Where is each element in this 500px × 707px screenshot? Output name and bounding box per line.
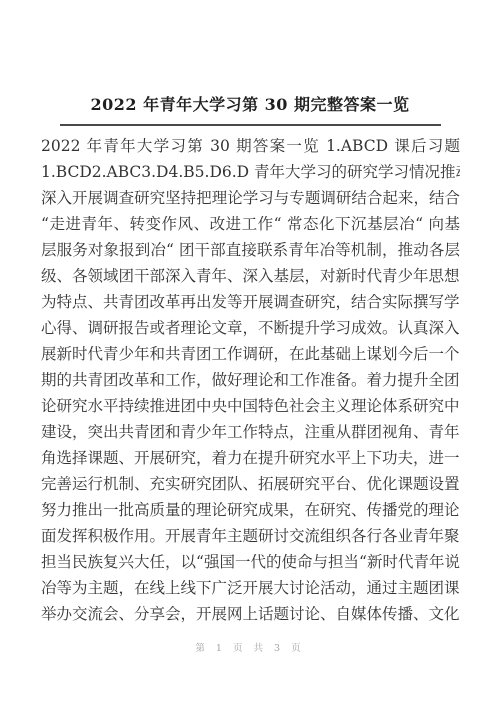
body-line: 为特点、共青团改革再出发等开展调查研究，结合实际撰写学习 <box>41 289 460 315</box>
body-line: 期的共青团改革和工作，做好理论和工作准备。着力提升全团理 <box>41 367 460 393</box>
body-line: “走进青年、转变作风、改进工作“ 常态化下沉基层冶“ 向基 <box>41 211 460 237</box>
document-title: 2022 年青年大学习第 30 期完整答案一览 <box>0 0 500 115</box>
body-line: 努力推出一批高质量的理论研究成果，在研究、传播党的理论方 <box>41 497 460 523</box>
document-page: 2022 年青年大学习第 30 期完整答案一览 2022 年青年大学习第 30 … <box>0 0 500 707</box>
body-line: 心得、调研报告或者理论文章，不断提升学习成效。认真深入开 <box>41 315 460 341</box>
document-body: 2022 年青年大学习第 30 期答案一览 1.ABCD 课后习题1.BCD2.… <box>41 133 460 627</box>
body-line: 层服务对象报到冶“ 团干部直接联系青年冶等机制，推动各层 <box>41 237 460 263</box>
title-underline-divider <box>60 124 441 126</box>
body-line: 论研究水平持续推进团中央中国特色社会主义理论体系研究中心 <box>41 393 460 419</box>
body-line: 举办交流会、分享会，开展网上话题讨论、自媒体传播、文化产 <box>41 601 460 627</box>
page-number-footer: 第 1 页 共 3 页 <box>0 640 500 654</box>
body-line: 面发挥积极作用。开展青年主题研讨交流组织各行各业青年聚焦 <box>41 523 460 549</box>
body-line: 深入开展调查研究坚持把理论学习与专题调研结合起来，结合 <box>41 185 460 211</box>
body-line: 冶等为主题，在线上线下广泛开展大讨论活动，通过主题团课和 <box>41 575 460 601</box>
body-line: 1.BCD2.ABC3.D4.B5.D6.D 青年大学习的研究学习情况推动全团 <box>41 159 460 185</box>
body-line: 建设，突出共青团和青少年工作特点，注重从群团视角、青年视 <box>41 419 460 445</box>
body-line: 级、各领域团干部深入青年、深入基层，对新时代青少年思想行 <box>41 263 460 289</box>
body-line: 角选择课题、开展研究，着力在提升研究水平上下功夫，进一步 <box>41 445 460 471</box>
body-line: 完善运行机制、充实研究团队、拓展研究平台、优化课题设置， <box>41 471 460 497</box>
body-line: 2022 年青年大学习第 30 期答案一览 1.ABCD 课后习题 <box>41 133 460 159</box>
body-line: 展新时代青少年和共青团工作调研，在此基础上谋划今后一个时 <box>41 341 460 367</box>
body-line: 担当民族复兴大任，以“强国一代的使命与担当“新时代青年说 <box>41 549 460 575</box>
